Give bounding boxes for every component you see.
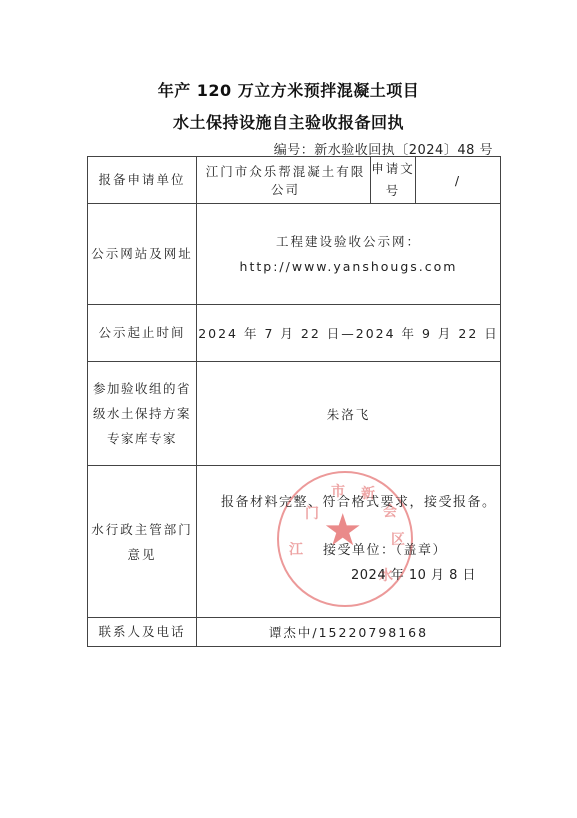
website-label: 公示网站及网址	[88, 204, 197, 305]
doc-no-label: 申请文 号	[371, 157, 416, 204]
doc-no-label-line1: 申请文	[371, 158, 415, 180]
doc-no-value: /	[416, 157, 501, 204]
row-website: 公示网站及网址 工程建设验收公示网： http://www.yanshougs.…	[88, 204, 501, 305]
applicant-label: 报备申请单位	[88, 157, 197, 204]
expert-label-line1: 参加验收组的省	[88, 376, 196, 401]
row-contact: 联系人及电话 谭杰中/15220798168	[88, 618, 501, 647]
title-line-1: 年产 120 万立方米预拌混凝土项目	[0, 78, 577, 101]
title-line-2: 水土保持设施自主验收报备回执	[0, 110, 577, 133]
opinion-cell: ★ 江 门 市 新 会 区 水 报备材料完整、符合格式要求，接受报备。 接受单位…	[197, 466, 501, 618]
contact-label: 联系人及电话	[88, 618, 197, 647]
period-label: 公示起止时间	[88, 305, 197, 362]
website-value: 工程建设验收公示网： http://www.yanshougs.com	[197, 204, 501, 305]
expert-label: 参加验收组的省 级水土保持方案 专家库专家	[88, 362, 197, 466]
stamp-char: 江	[289, 539, 303, 559]
opinion-date: 2024 年 10 月 8 日	[351, 564, 476, 583]
expert-label-line2: 级水土保持方案	[88, 401, 196, 426]
receipt-form-table: 报备申请单位 江门市众乐帮混凝土有限公司 申请文 号 / 公示网站及网址 工程建…	[87, 156, 501, 647]
opinion-label: 水行政主管部门 意见	[88, 466, 197, 618]
row-expert: 参加验收组的省 级水土保持方案 专家库专家 朱洛飞	[88, 362, 501, 466]
row-applicant: 报备申请单位 江门市众乐帮混凝土有限公司 申请文 号 /	[88, 157, 501, 204]
website-url[interactable]: http://www.yanshougs.com	[197, 254, 500, 279]
period-value: 2024 年 7 月 22 日—2024 年 9 月 22 日	[197, 305, 501, 362]
doc-no-label-line2: 号	[371, 180, 415, 202]
opinion-unit: 接受单位：（盖章）	[323, 539, 447, 558]
opinion-text: 报备材料完整、符合格式要求，接受报备。	[221, 491, 497, 510]
opinion-label-line1: 水行政主管部门	[88, 517, 196, 542]
row-opinion: 水行政主管部门 意见 ★ 江 门 市 新 会 区 水 报备材料完整、符合格式要求…	[88, 466, 501, 618]
row-period: 公示起止时间 2024 年 7 月 22 日—2024 年 9 月 22 日	[88, 305, 501, 362]
contact-value: 谭杰中/15220798168	[197, 618, 501, 647]
expert-value: 朱洛飞	[197, 362, 501, 466]
expert-label-line3: 专家库专家	[88, 426, 196, 451]
applicant-value: 江门市众乐帮混凝土有限公司	[197, 157, 371, 204]
website-name: 工程建设验收公示网：	[197, 229, 500, 254]
opinion-label-line2: 意见	[88, 542, 196, 567]
